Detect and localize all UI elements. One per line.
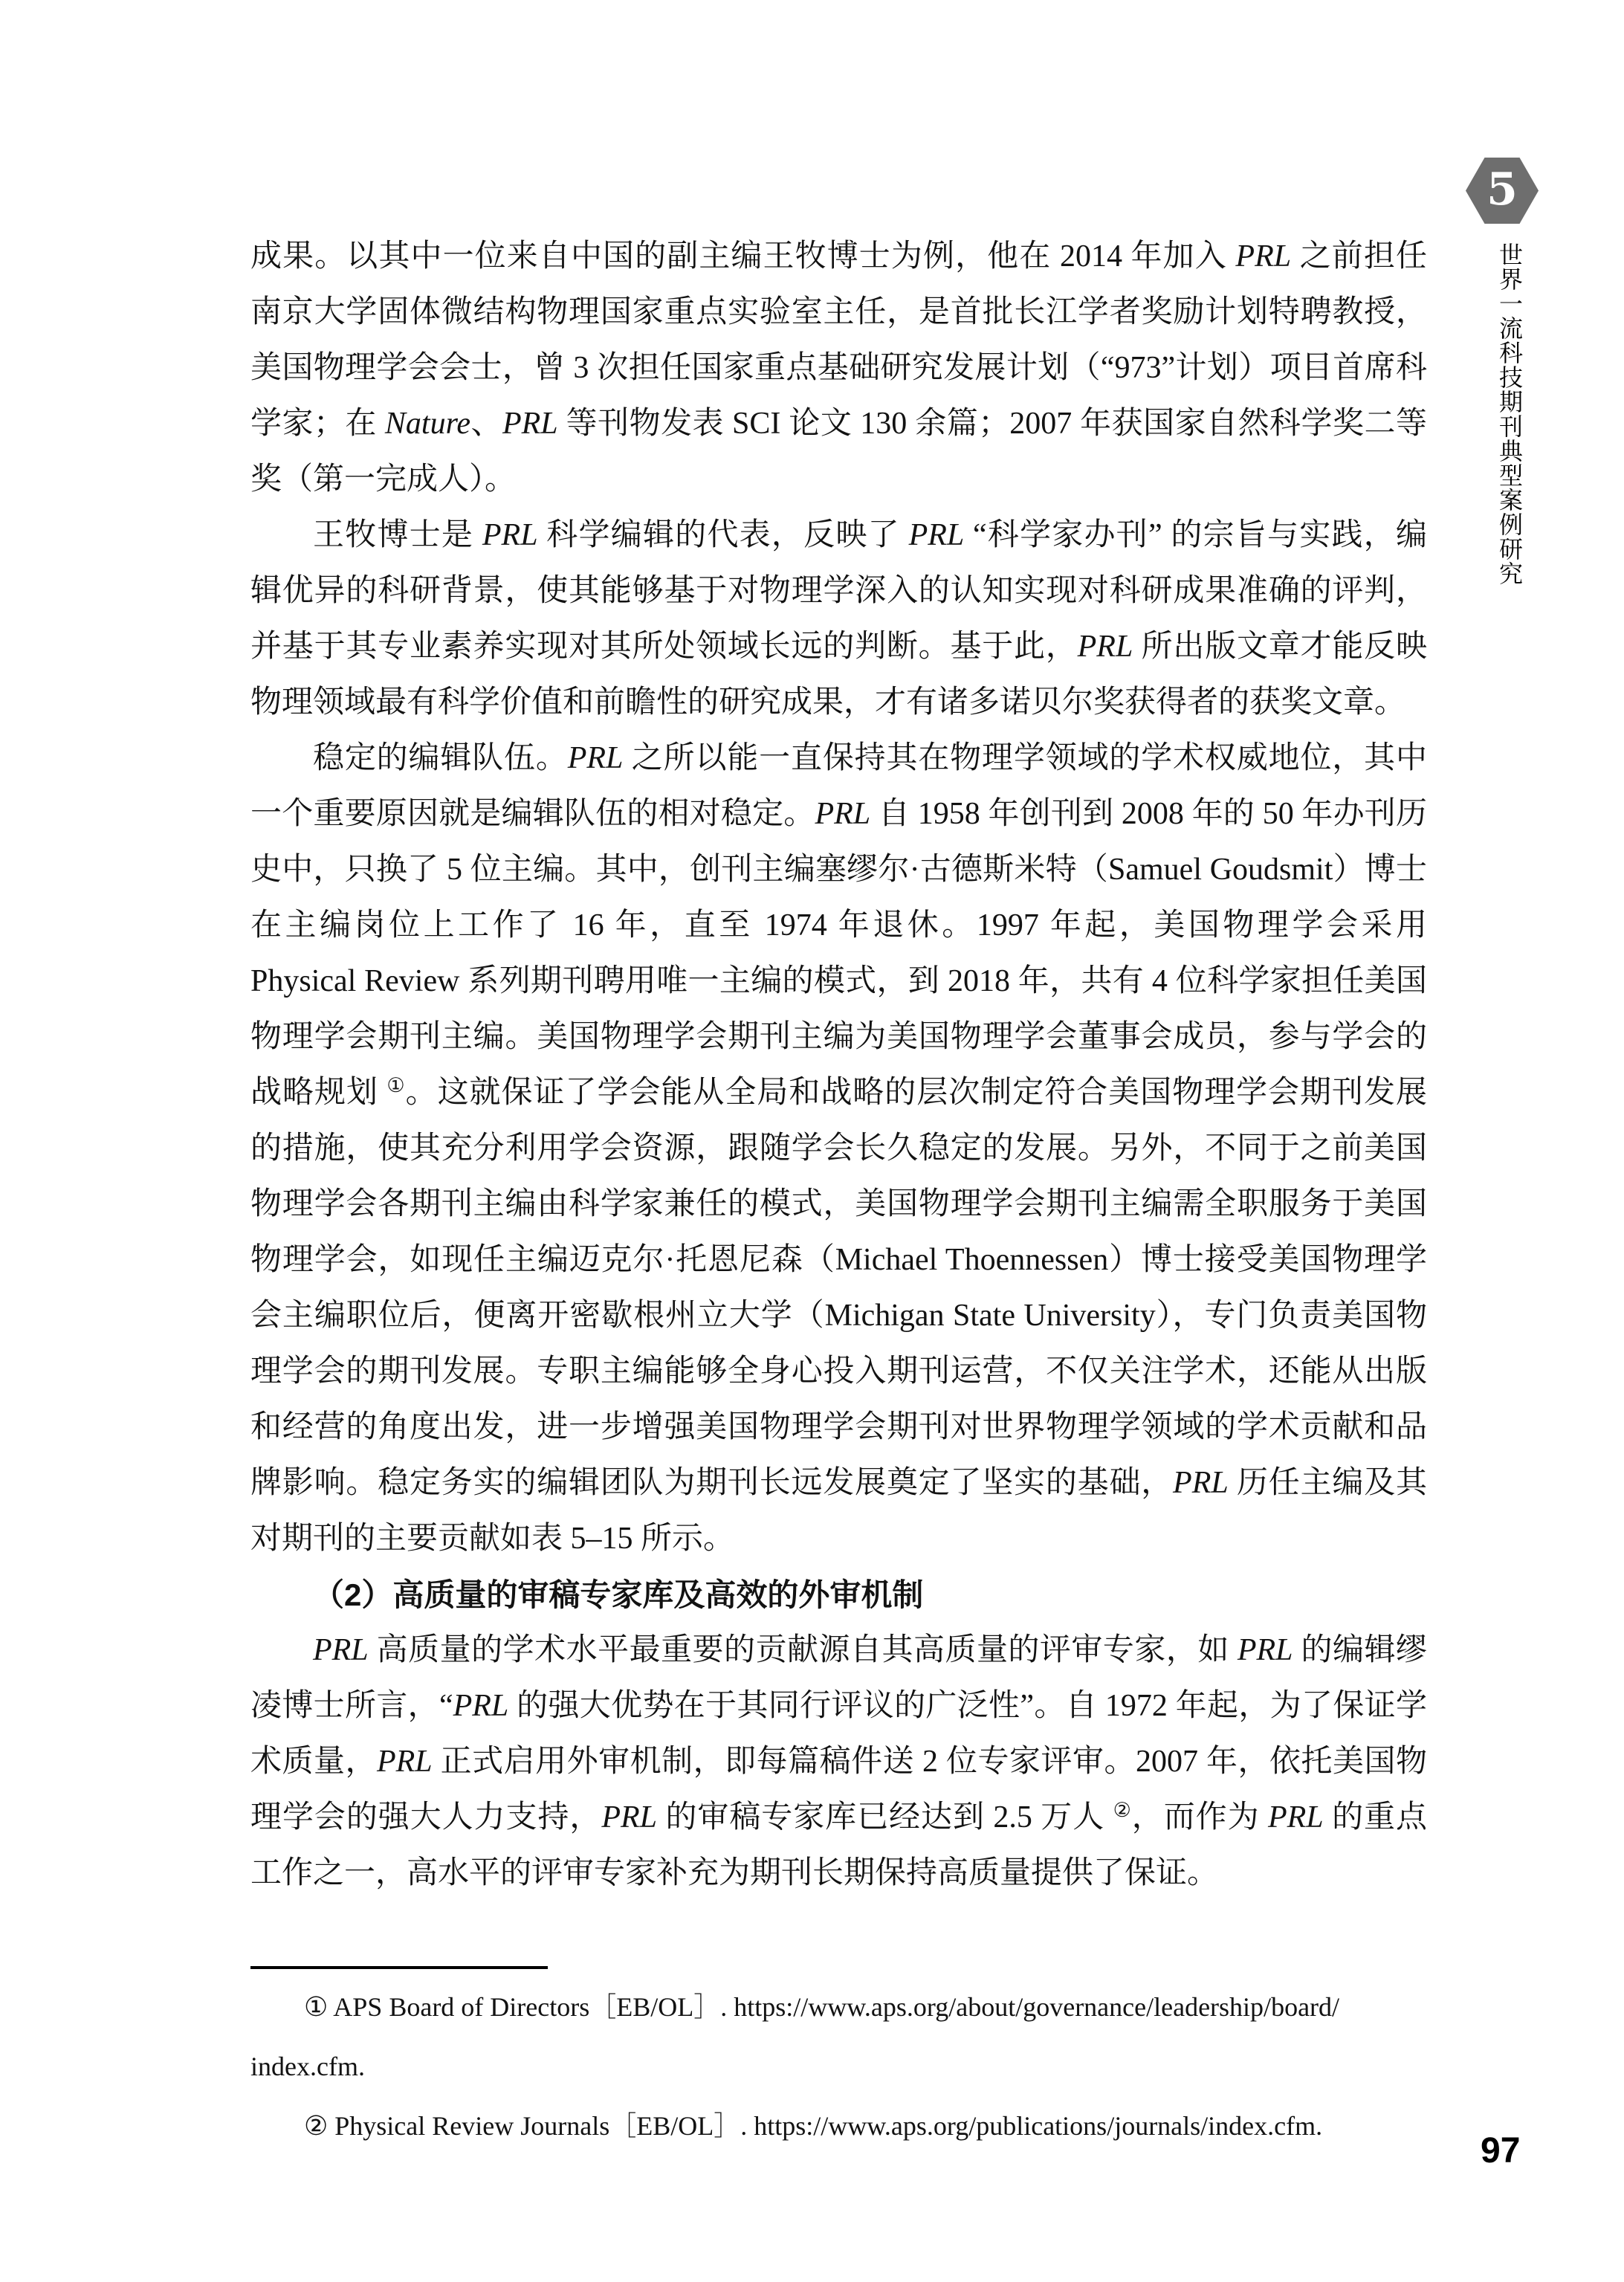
paragraph: 王牧博士是 PRL 科学编辑的代表，反映了 PRL “科学家办刊” 的宗旨与实践…: [250, 508, 1427, 731]
page-number: 97: [1481, 2130, 1520, 2171]
footnote-line: ① APS Board of Directors［EB/OL］. https:/…: [250, 1977, 1440, 2037]
paragraph: PRL 高质量的学术水平最重要的贡献源自其高质量的评审专家，如 PRL 的编辑缪…: [250, 1623, 1427, 1901]
footnote-line: index.cfm.: [250, 2037, 1440, 2096]
book-page: 成果。以其中一位来自中国的副主编王牧博士为例，他在 2014 年加入 PRL 之…: [0, 0, 1624, 2282]
paragraph: 稳定的编辑队伍。PRL 之所以能一直保持其在物理学领域的学术权威地位，其中一个重…: [250, 731, 1427, 1567]
body-text: 成果。以其中一位来自中国的副主编王牧博士为例，他在 2014 年加入 PRL 之…: [250, 229, 1427, 1901]
chapter-number: 5: [1486, 164, 1518, 216]
footnote-divider: [250, 1966, 548, 1969]
chapter-number-badge: 5: [1466, 158, 1539, 224]
footnotes: ① APS Board of Directors［EB/OL］. https:/…: [250, 1977, 1440, 2156]
footnote-line: ② Physical Review Journals［EB/OL］. https…: [250, 2096, 1440, 2156]
chapter-title-vertical: 世界一流科技期刊典型案例研究: [1492, 242, 1527, 586]
section-heading: （2）高质量的审稿专家库及高效的外审机制: [250, 1567, 1427, 1623]
paragraph: 成果。以其中一位来自中国的副主编王牧博士为例，他在 2014 年加入 PRL 之…: [250, 229, 1427, 508]
